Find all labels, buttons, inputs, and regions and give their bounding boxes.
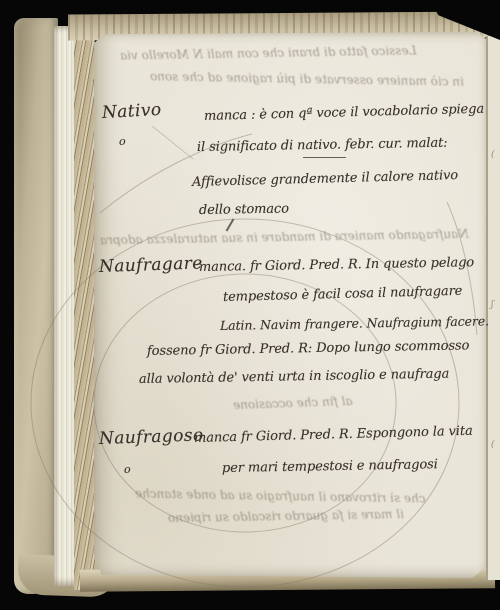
entry-variant-mark: o — [119, 135, 126, 148]
watermark-circles — [0, 0, 500, 610]
entry-headword-naufragare: Naufragare — [99, 253, 203, 277]
entry-headword-naufragoso: Naufragoso — [99, 425, 204, 449]
entry-variant-mark: o — [124, 463, 131, 476]
entry-line: dello stomaco — [199, 201, 289, 218]
word-underline — [303, 157, 346, 158]
entry-headword-nativo: Nativo — [101, 100, 161, 123]
stray-pencil-stroke — [152, 126, 193, 159]
manuscript-photo: ( ʃ ( Lessico fatto di brani che con mal… — [0, 0, 500, 610]
watermark-inner-circle — [94, 274, 396, 532]
